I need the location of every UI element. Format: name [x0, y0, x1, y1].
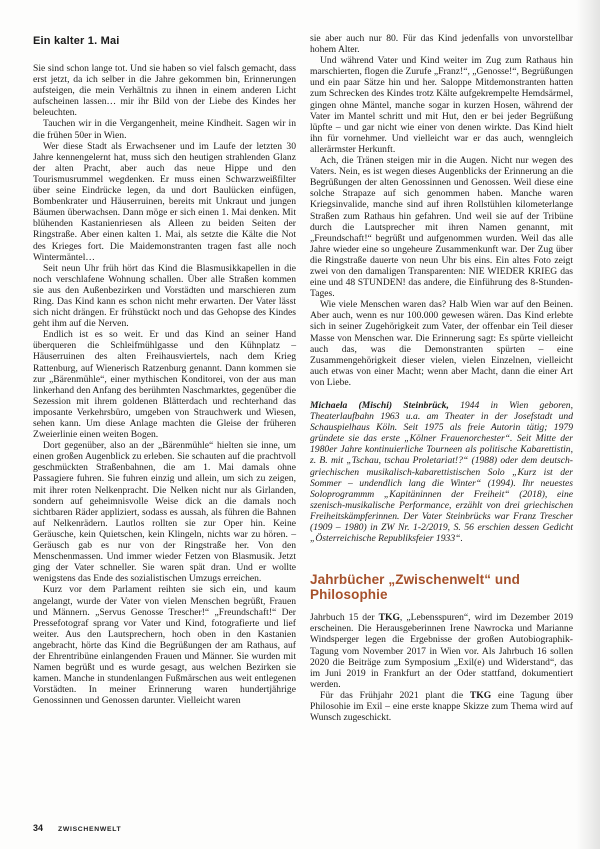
page-footer: 34 ZWISCHENWELT: [33, 823, 121, 833]
paragraph: Ach, die Tränen steigen mir in die Augen…: [310, 155, 573, 299]
section-para1-text: , „Lebensspuren“, wird im Dezember 2019 …: [310, 612, 573, 690]
section-heading: Jahrbücher „Zwischenwelt“ und Philosophi…: [310, 572, 573, 602]
right-column: sie aber auch nur 80. Für das Kind jeden…: [310, 33, 573, 723]
paragraph: Sie sind schon lange tot. Und sie haben …: [33, 63, 296, 118]
tkg-abbreviation: TKG: [379, 612, 400, 623]
author-name: Michaela (Mischi) Steinbrück,: [310, 400, 449, 411]
paragraph: Wie viele Menschen waren das? Halb Wien …: [310, 299, 573, 388]
journal-name: ZWISCHENWELT: [58, 826, 121, 833]
paragraph: Und während Vater und Kind weiter im Zug…: [310, 55, 573, 155]
page-number: 34: [33, 823, 43, 833]
journal-page: Ein kalter 1. Mai Sie sind schon lange t…: [0, 0, 600, 849]
author-bio-text: 1944 in Wien geboren, Theaterlaufbahn 19…: [310, 400, 573, 544]
paragraph: Jahrbuch 15 der TKG, „Lebensspuren“, wir…: [310, 612, 573, 690]
paragraph: Tauchen wir in die Vergangenheit, meine …: [33, 118, 296, 140]
section-para2-text: Für das Frühjahr 2021 plant die: [320, 690, 470, 701]
left-column: Ein kalter 1. Mai Sie sind schon lange t…: [33, 33, 296, 723]
article-title: Ein kalter 1. Mai: [33, 35, 296, 47]
paragraph: Kurz vor dem Parlament reihten sie sich …: [33, 584, 296, 706]
paragraph: Für das Frühjahr 2021 plant die TKG eine…: [310, 690, 573, 723]
paragraph: Endlich ist es so weit. Er und das Kind …: [33, 329, 296, 440]
section-para1-text: Jahrbuch 15 der: [310, 612, 379, 623]
text-columns: Ein kalter 1. Mai Sie sind schon lange t…: [0, 0, 600, 723]
paragraph: Dort gegenüber, also an der „Bärenmühle“…: [33, 440, 296, 584]
author-bio: Michaela (Mischi) Steinbrück, 1944 in Wi…: [310, 400, 573, 544]
paragraph: Wer diese Stadt als Erwachsener und im L…: [33, 141, 296, 263]
tkg-abbreviation: TKG: [470, 690, 491, 701]
paragraph: sie aber auch nur 80. Für das Kind jeden…: [310, 33, 573, 55]
paragraph: Seit neun Uhr früh hört das Kind die Bla…: [33, 263, 296, 330]
